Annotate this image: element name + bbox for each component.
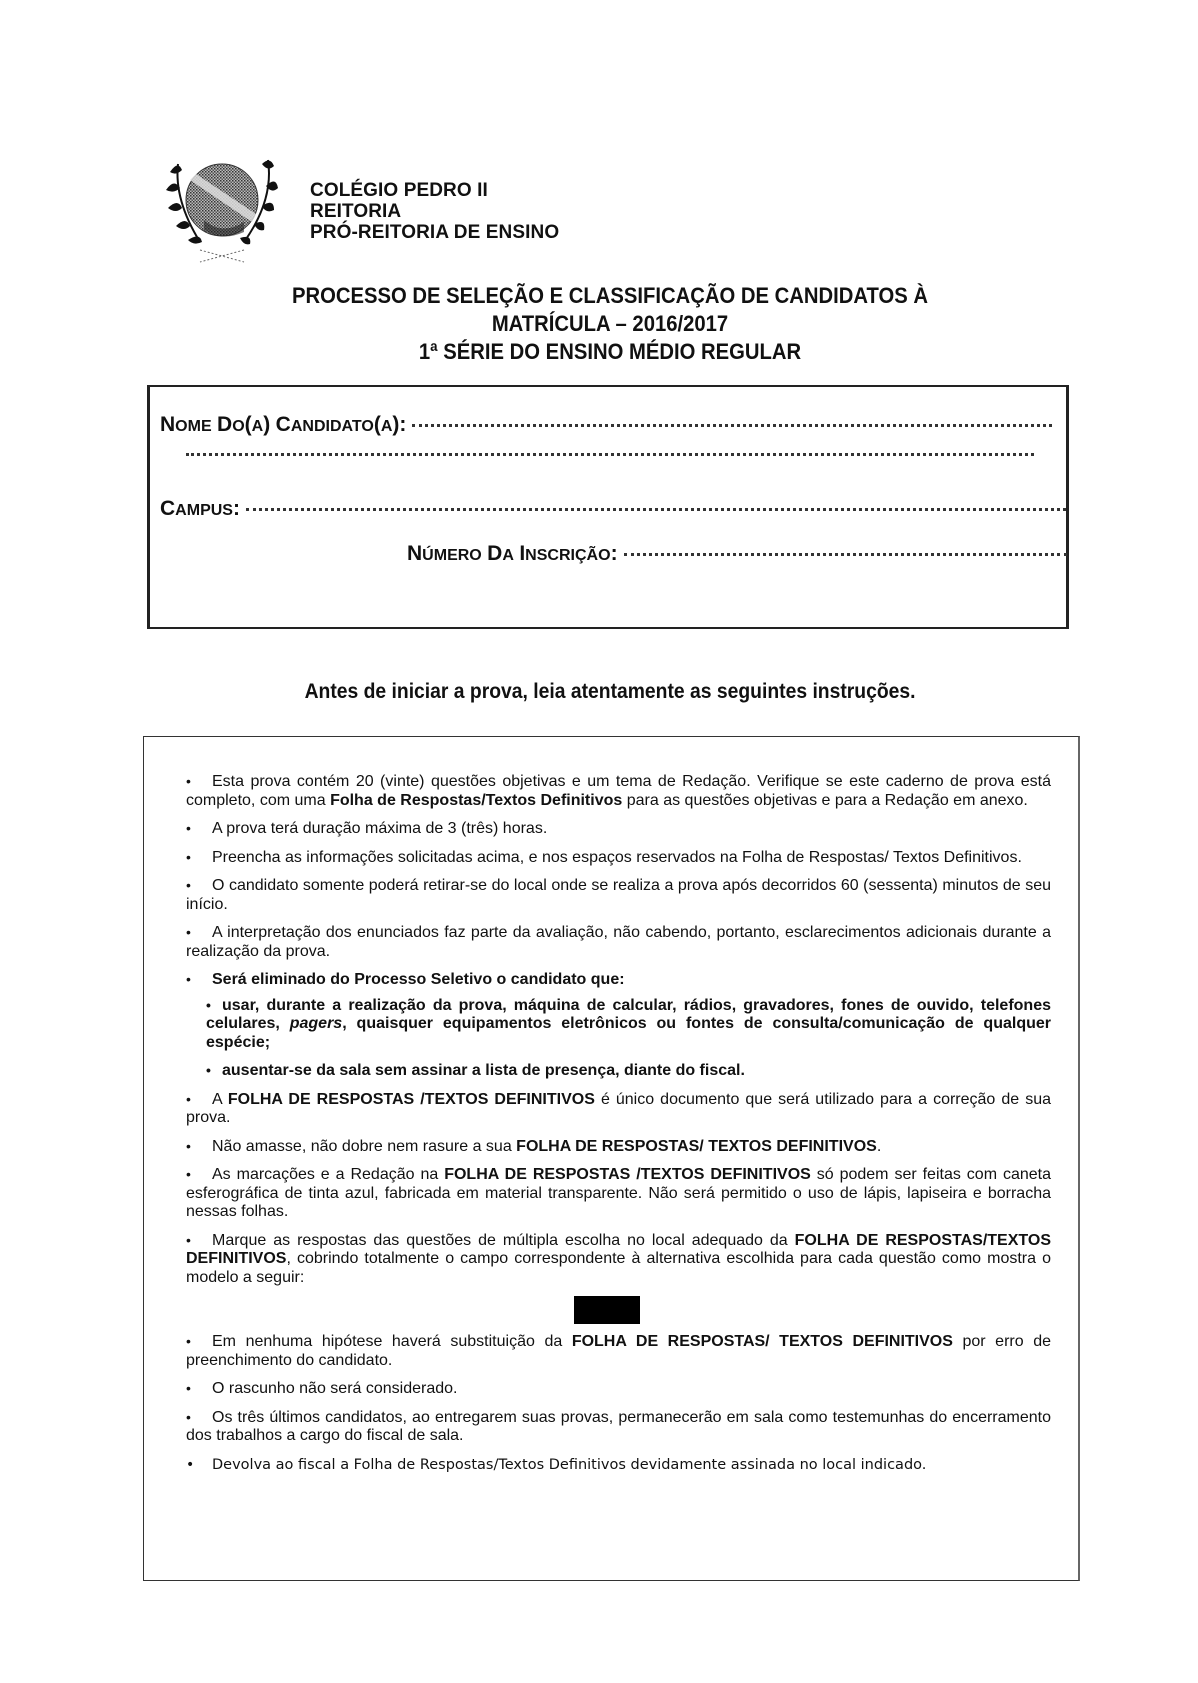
instruction-emphasis: FOLHA DE RESPOSTAS /TEXTOS DEFINITIVOS xyxy=(444,1166,811,1183)
exam-title: PROCESSO DE SELEÇÃO E CLASSIFICAÇÃO DE C… xyxy=(150,282,1070,366)
bullet-icon: • xyxy=(186,970,212,989)
bullet-icon: • xyxy=(186,819,212,838)
registration-number-field[interactable]: NÚMERO DA INSCRIÇÃO: xyxy=(407,542,1067,566)
campus-dotted-line[interactable] xyxy=(246,508,1066,511)
bullet-icon: • xyxy=(186,923,212,942)
institution-header: COLÉGIO PEDRO II REITORIA PRÓ-REITORIA D… xyxy=(310,180,559,243)
instructions-list: •Esta prova contém 20 (vinte) questões o… xyxy=(186,772,1051,1485)
instruction-item: •Preencha as informações solicitadas aci… xyxy=(186,848,1051,868)
colegio-pedro-ii-emblem-icon xyxy=(160,150,285,265)
instruction-item: •O rascunho não será considerado. xyxy=(186,1379,1051,1399)
registration-number-label: NÚMERO DA INSCRIÇÃO: xyxy=(407,542,618,566)
candidate-info-box: NOME DO(A) CANDIDATO(A): CAMPUS: NÚMERO … xyxy=(147,385,1069,629)
instruction-text: Os três últimos candidatos, ao entregare… xyxy=(186,1409,1051,1445)
institution-rectorate: REITORIA xyxy=(310,201,559,222)
instruction-emphasis: FOLHA DE RESPOSTAS/ TEXTOS DEFINITIVOS xyxy=(572,1333,953,1350)
instruction-text: Devolva ao fiscal a Folha de Respostas/T… xyxy=(212,1457,926,1473)
bullet-icon: • xyxy=(186,1090,212,1109)
instructions-heading-text: Antes de iniciar a prova, leia atentamen… xyxy=(305,680,916,704)
subitem-text: ausentar-se da sala sem assinar a lista … xyxy=(222,1062,745,1079)
candidate-name-continuation-field[interactable] xyxy=(186,457,1034,460)
registration-number-dotted-line[interactable] xyxy=(624,553,1067,556)
elimination-subitem: •usar, durante a realização da prova, má… xyxy=(206,996,1051,1053)
institution-name: COLÉGIO PEDRO II xyxy=(310,180,559,201)
instruction-item: •Em nenhuma hipótese haverá substituição… xyxy=(186,1332,1051,1370)
candidate-name-label: NOME DO(A) CANDIDATO(A): xyxy=(160,413,406,437)
instruction-text: A prova terá duração máxima de 3 (três) … xyxy=(212,820,547,837)
instruction-text: Em nenhuma hipótese haverá substituição … xyxy=(212,1333,572,1350)
exam-title-line-3: 1ª SÉRIE DO ENSINO MÉDIO REGULAR xyxy=(196,338,1024,366)
instruction-text: para as questões objetivas e para a Reda… xyxy=(622,792,1028,809)
instruction-item: •Devolva ao fiscal a Folha de Respostas/… xyxy=(186,1455,1051,1476)
instruction-item: •Esta prova contém 20 (vinte) questões o… xyxy=(186,772,1051,810)
filled-answer-model-mark xyxy=(574,1296,640,1324)
instruction-emphasis: Folha de Respostas/Textos Definitivos xyxy=(330,792,622,809)
instruction-item: •As marcações e a Redação na FOLHA DE RE… xyxy=(186,1165,1051,1222)
candidate-name-continuation-line[interactable] xyxy=(186,453,1034,456)
exam-title-line-2: MATRÍCULA – 2016/2017 xyxy=(196,310,1024,338)
bullet-icon: • xyxy=(206,1061,222,1080)
instruction-text: A xyxy=(212,1091,228,1108)
bullet-icon: • xyxy=(186,1379,212,1398)
bullet-icon: • xyxy=(186,1137,212,1156)
bullet-icon: • xyxy=(186,1408,212,1427)
instruction-text: Não amasse, não dobre nem rasure a sua xyxy=(212,1138,516,1155)
bullet-icon: • xyxy=(186,848,212,867)
instruction-text: A interpretação dos enunciados faz parte… xyxy=(186,924,1051,960)
candidate-name-dotted-line[interactable] xyxy=(412,424,1052,427)
instruction-emphasis: FOLHA DE RESPOSTAS /TEXTOS DEFINITIVOS xyxy=(228,1091,595,1108)
instruction-text: O candidato somente poderá retirar-se do… xyxy=(186,877,1051,913)
exam-title-line-1: PROCESSO DE SELEÇÃO E CLASSIFICAÇÃO DE C… xyxy=(196,282,1024,310)
bullet-icon: • xyxy=(206,996,222,1015)
instructions-heading: Antes de iniciar a prova, leia atentamen… xyxy=(150,680,1070,704)
instruction-emphasis: Será eliminado do Processo Seletivo o ca… xyxy=(212,971,625,988)
instruction-item: •Marque as respostas das questões de múl… xyxy=(186,1231,1051,1288)
institution-pro-rectorate: PRÓ-REITORIA DE ENSINO xyxy=(310,222,559,243)
instruction-text: . xyxy=(877,1138,881,1155)
campus-label: CAMPUS: xyxy=(160,497,240,521)
bullet-icon: • xyxy=(186,772,212,791)
candidate-name-field[interactable]: NOME DO(A) CANDIDATO(A): xyxy=(160,413,1052,437)
instruction-item: •Será eliminado do Processo Seletivo o c… xyxy=(186,970,1051,990)
subitem-italic: pagers xyxy=(290,1015,342,1032)
instruction-item: •A interpretação dos enunciados faz part… xyxy=(186,923,1051,961)
instruction-item: •Não amasse, não dobre nem rasure a sua … xyxy=(186,1137,1051,1157)
elimination-subitem: •ausentar-se da sala sem assinar a lista… xyxy=(206,1061,1051,1081)
bullet-icon: • xyxy=(186,1332,212,1351)
bullet-icon: • xyxy=(186,876,212,895)
instruction-text: , cobrindo totalmente o campo correspond… xyxy=(186,1250,1051,1286)
instruction-item: •O candidato somente poderá retirar-se d… xyxy=(186,876,1051,914)
campus-field[interactable]: CAMPUS: xyxy=(160,497,1066,521)
instruction-item: •Os três últimos candidatos, ao entregar… xyxy=(186,1408,1051,1446)
instruction-text: O rascunho não será considerado. xyxy=(212,1380,457,1397)
bullet-icon: • xyxy=(186,1455,212,1476)
instruction-text: Marque as respostas das questões de múlt… xyxy=(212,1232,795,1249)
instruction-text: As marcações e a Redação na xyxy=(212,1166,444,1183)
bullet-icon: • xyxy=(186,1165,212,1184)
instruction-emphasis: FOLHA DE RESPOSTAS/ TEXTOS DEFINITIVOS xyxy=(516,1138,877,1155)
bullet-icon: • xyxy=(186,1231,212,1250)
instruction-text: Preencha as informações solicitadas acim… xyxy=(212,849,1022,866)
instruction-item: •A prova terá duração máxima de 3 (três)… xyxy=(186,819,1051,839)
instruction-item: •A FOLHA DE RESPOSTAS /TEXTOS DEFINITIVO… xyxy=(186,1090,1051,1128)
